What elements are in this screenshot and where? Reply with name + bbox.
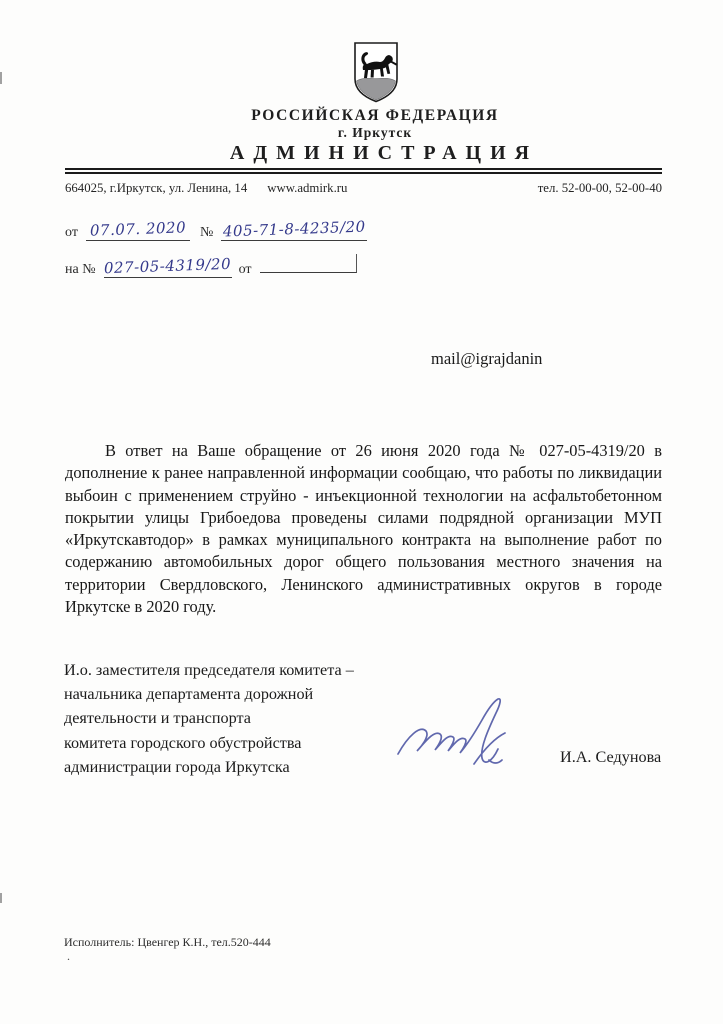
header-org-title: АДМИНИСТРАЦИЯ [55, 142, 704, 165]
number-label: № [200, 225, 213, 240]
date-underline: 07.07. 2020 [86, 222, 190, 241]
handwritten-number: 405-71-8-4235/20 [223, 218, 366, 241]
contact-line: 664025, г.Иркутск, ул. Ленина, 14www.adm… [65, 181, 662, 196]
reply-number-underline: 027-05-4319/20 [104, 259, 232, 278]
irkutsk-coat-of-arms-icon [351, 40, 401, 106]
handwritten-date: 07.07. 2020 [90, 218, 187, 239]
reply-label: на № [65, 262, 96, 277]
reference-line-incoming: на №027-05-4319/20от [65, 254, 357, 278]
signer-position-line: деятельности и транспорта [64, 706, 434, 730]
letter-body-paragraph: В ответ на Ваше обращение от 26 июня 202… [65, 440, 662, 618]
scan-edge-artifact [0, 72, 2, 84]
address-text: 664025, г.Иркутск, ул. Ленина, 14 [65, 181, 247, 195]
website-text: www.admirk.ru [267, 181, 347, 195]
reply-date-underline-blank [260, 254, 357, 273]
org-address: 664025, г.Иркутск, ул. Ленина, 14www.adm… [65, 181, 347, 196]
scan-edge-artifact [0, 893, 2, 903]
stray-mark: . [67, 949, 70, 964]
shield-mound-icon [357, 78, 396, 100]
handwritten-signature-icon [390, 690, 520, 775]
signer-position-block: И.о. заместителя председателя комитета –… [64, 658, 434, 779]
signer-position-line: И.о. заместителя председателя комитета – [64, 658, 434, 682]
from-label: от [65, 225, 78, 240]
header-city: г. Иркутск [55, 125, 695, 141]
number-underline: 405-71-8-4235/20 [221, 222, 367, 241]
scanned-letter-page: РОССИЙСКАЯ ФЕДЕРАЦИЯ г. Иркутск АДМИНИСТ… [0, 0, 723, 1024]
handwritten-reply-number: 027-05-4319/20 [104, 255, 232, 277]
signer-name: И.А. Седунова [560, 748, 661, 767]
header-country: РОССИЙСКАЯ ФЕДЕРАЦИЯ [55, 107, 695, 125]
signer-position-line: начальника департамента дорожной [64, 682, 434, 706]
phone-text: тел. 52-00-00, 52-00-40 [538, 181, 662, 196]
signer-position-line: комитета городского обустройства [64, 731, 434, 755]
signer-position-line: администрации города Иркутска [64, 755, 434, 779]
recipient-email: mail@igrajdanin [431, 349, 542, 369]
executor-line: Исполнитель: Цвенгер К.Н., тел.520-444 [64, 935, 271, 950]
reply-from-label: от [239, 262, 252, 277]
double-rule-divider [65, 168, 662, 174]
reference-line-outgoing: от07.07. 2020№405-71-8-4235/20 [65, 222, 367, 241]
